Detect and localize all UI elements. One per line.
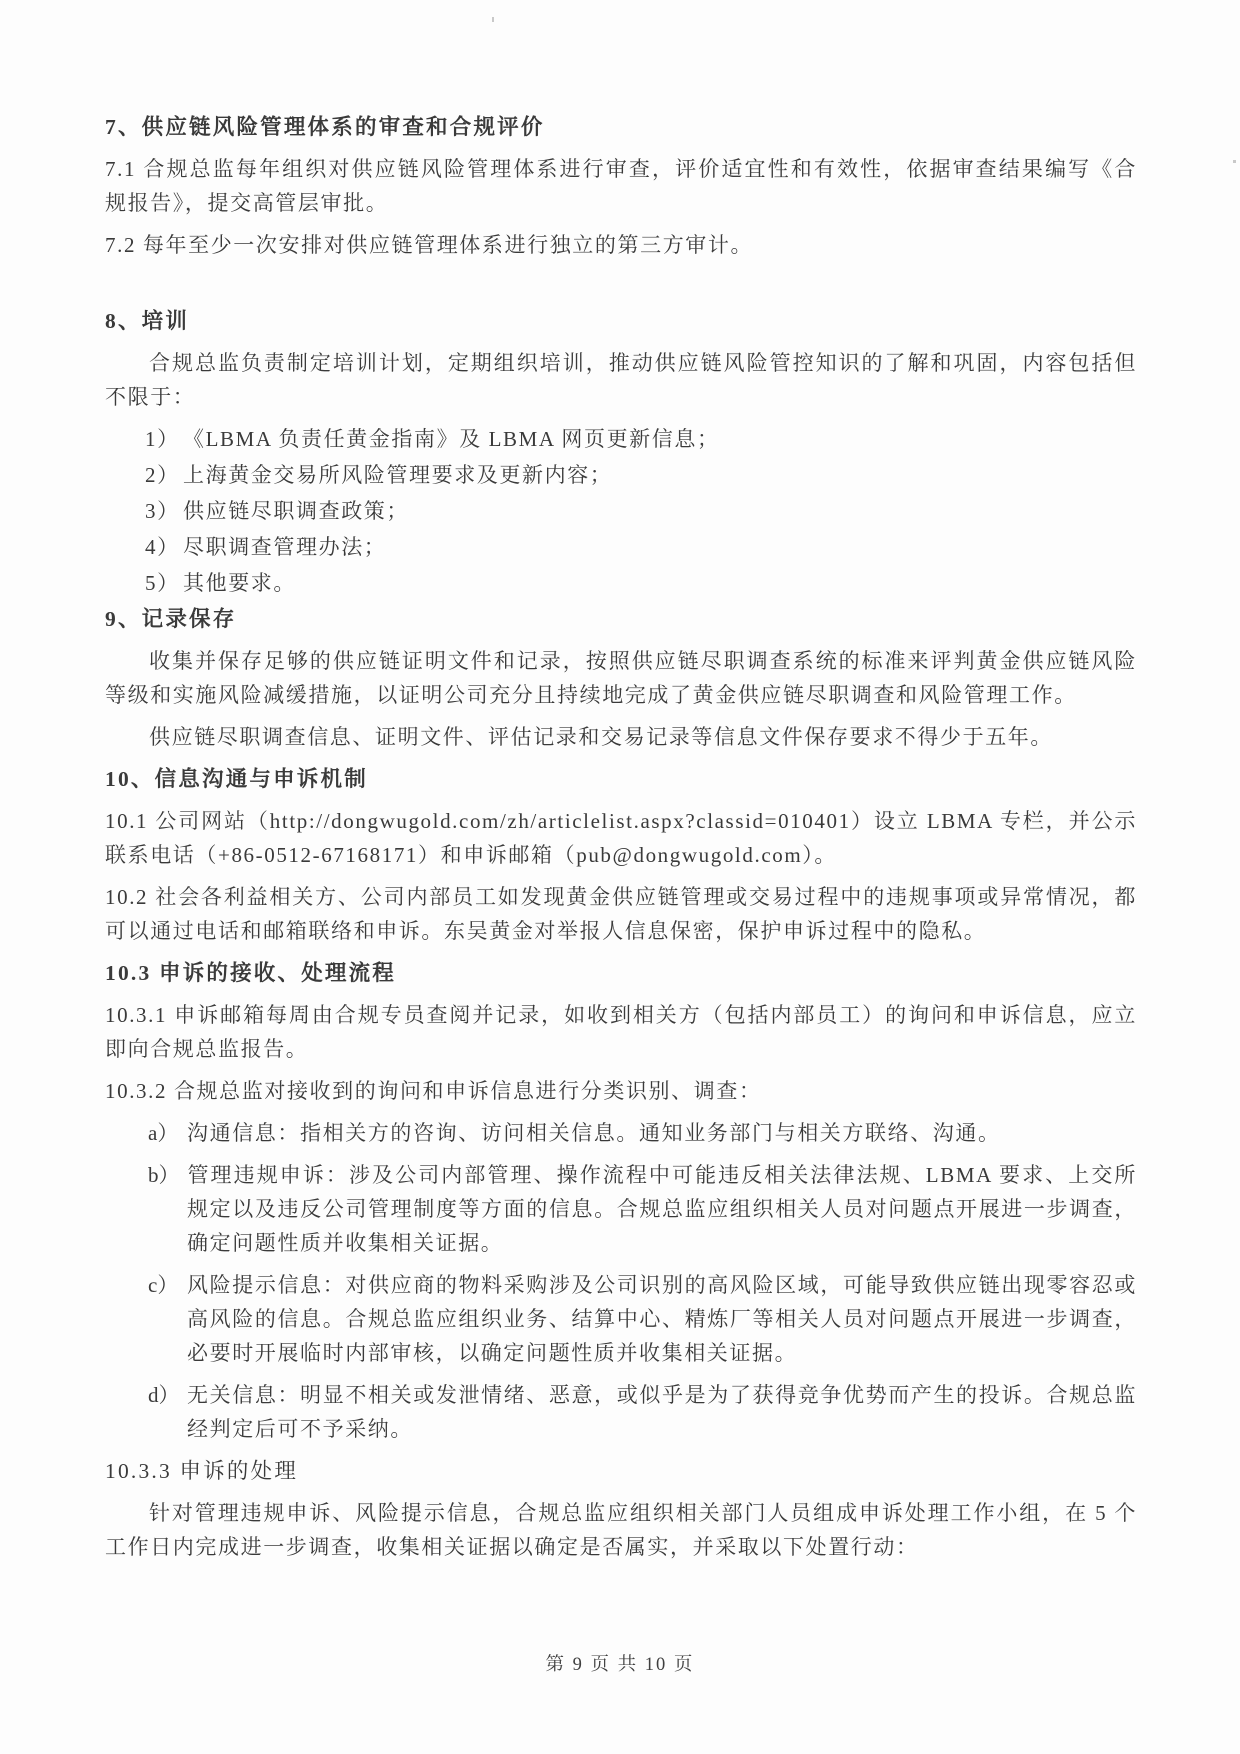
section-10-heading: 10、信息沟通与申诉机制: [105, 762, 1137, 796]
list-item-text: 上海黄金交易所风险管理要求及更新内容；: [183, 463, 612, 487]
page-number-indicator: 第 9 页 共 10 页: [0, 1650, 1240, 1676]
paragraph-7-1: 7.1 合规总监每年组织对供应链风险管理体系进行审查，评价适宜性和有效性，依据审…: [105, 152, 1137, 220]
paragraph-7-2: 7.2 每年至少一次安排对供应链管理体系进行独立的第三方审计。: [105, 228, 1137, 262]
training-list-item-5: 5）其他要求。: [145, 566, 1137, 600]
list-marker: 5）: [145, 566, 183, 600]
paragraph-10-1: 10.1 公司网站（http://dongwugold.com/zh/artic…: [105, 804, 1137, 872]
section-7-heading: 7、供应链风险管理体系的审查和合规评价: [105, 110, 1137, 144]
training-list-item-4: 4）尽职调查管理办法；: [145, 530, 1137, 564]
scan-artifact-right: [1233, 160, 1236, 163]
document-body: 7、供应链风险管理体系的审查和合规评价 7.1 合规总监每年组织对供应链风险管理…: [105, 110, 1137, 1572]
training-list-item-2: 2）上海黄金交易所风险管理要求及更新内容；: [145, 458, 1137, 492]
list-marker: d）: [148, 1378, 187, 1412]
list-item-text: 管理违规申诉：涉及公司内部管理、操作流程中可能违反相关法律法规、LBMA 要求、…: [187, 1163, 1137, 1255]
list-marker: c）: [148, 1268, 187, 1302]
list-item-text: 供应链尽职调查政策；: [183, 499, 409, 523]
section-8-heading: 8、培训: [105, 304, 1137, 338]
list-item-text: 尽职调查管理办法；: [183, 535, 386, 559]
section-10-3-3-heading: 10.3.3 申诉的处理: [105, 1454, 1137, 1488]
document-page: 7、供应链风险管理体系的审查和合规评价 7.1 合规总监每年组织对供应链风险管理…: [0, 0, 1240, 1754]
list-item-text: 无关信息：明显不相关或发泄情绪、恶意，或似乎是为了获得竞争优势而产生的投诉。合规…: [187, 1383, 1137, 1441]
list-marker: 2）: [145, 458, 183, 492]
list-item-text: 沟通信息：指相关方的咨询、访问相关信息。通知业务部门与相关方联络、沟通。: [187, 1121, 1001, 1145]
paragraph-8-intro: 合规总监负责制定培训计划，定期组织培训，推动供应链风险管控知识的了解和巩固，内容…: [105, 346, 1137, 414]
list-marker: 1）: [145, 422, 183, 456]
paragraph-10-3-1: 10.3.1 申诉邮箱每周由合规专员查阅并记录，如收到相关方（包括内部员工）的询…: [105, 998, 1137, 1066]
paragraph-final: 针对管理违规申诉、风险提示信息，合规总监应组织相关部门人员组成申诉处理工作小组，…: [105, 1496, 1137, 1564]
paragraph-9-2: 供应链尽职调查信息、证明文件、评估记录和交易记录等信息文件保存要求不得少于五年。: [105, 720, 1137, 754]
paragraph-10-3-2: 10.3.2 合规总监对接收到的询问和申诉信息进行分类识别、调查：: [105, 1074, 1137, 1108]
list-item-text: 《LBMA 负责任黄金指南》及 LBMA 网页更新信息；: [183, 427, 720, 451]
list-marker: 3）: [145, 494, 183, 528]
list-item-text: 其他要求。: [183, 571, 296, 595]
list-marker: 4）: [145, 530, 183, 564]
complaint-type-item-a: a）沟通信息：指相关方的咨询、访问相关信息。通知业务部门与相关方联络、沟通。: [148, 1116, 1137, 1150]
list-marker: b）: [148, 1158, 187, 1192]
list-item-text: 风险提示信息：对供应商的物料采购涉及公司识别的高风险区域，可能导致供应链出现零容…: [187, 1273, 1137, 1365]
complaint-type-item-c: c）风险提示信息：对供应商的物料采购涉及公司识别的高风险区域，可能导致供应链出现…: [148, 1268, 1137, 1370]
paragraph-10-2: 10.2 社会各利益相关方、公司内部员工如发现黄金供应链管理或交易过程中的违规事…: [105, 880, 1137, 948]
training-list-item-3: 3）供应链尽职调查政策；: [145, 494, 1137, 528]
section-10-3-heading: 10.3 申诉的接收、处理流程: [105, 956, 1137, 990]
paragraph-9-1: 收集并保存足够的供应链证明文件和记录，按照供应链尽职调查系统的标准来评判黄金供应…: [105, 644, 1137, 712]
list-marker: a）: [148, 1116, 187, 1150]
section-9-heading: 9、记录保存: [105, 602, 1137, 636]
complaint-type-item-d: d）无关信息：明显不相关或发泄情绪、恶意，或似乎是为了获得竞争优势而产生的投诉。…: [148, 1378, 1137, 1446]
scan-artifact-top: [492, 17, 494, 22]
training-list-item-1: 1）《LBMA 负责任黄金指南》及 LBMA 网页更新信息；: [145, 422, 1137, 456]
complaint-type-item-b: b）管理违规申诉：涉及公司内部管理、操作流程中可能违反相关法律法规、LBMA 要…: [148, 1158, 1137, 1260]
